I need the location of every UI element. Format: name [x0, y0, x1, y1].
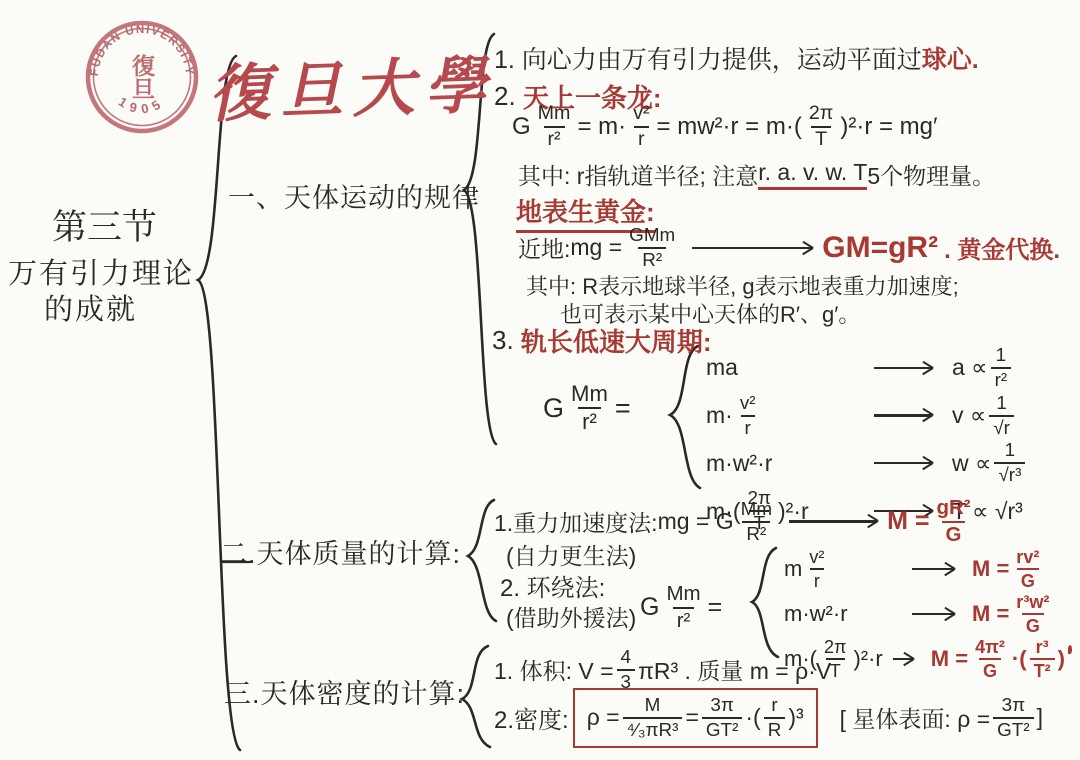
b1-case1-result: a ∝ 1r² [942, 346, 1072, 390]
b1-case3-result: w ∝ 1√r³ [942, 441, 1072, 485]
seal-center-glyph: 復旦 [129, 53, 155, 100]
arrow-right-icon [789, 520, 877, 522]
b3-density-formula: ρ = M⁴⁄₃πR³ = 3πGT²·(rR)³ [587, 696, 804, 740]
b1-case1-expr: ma [706, 354, 864, 381]
b2-method1-formula: mg = G MmR² [658, 500, 779, 544]
notes-canvas: FUDAN UNIVERSITY 1905 復旦 復旦大學 第三节 万有引力理论… [0, 0, 1080, 760]
b3-surface-formula: [ 星体表面: ρ = 3πGT² ] [840, 696, 1043, 740]
arrow-right-icon [912, 568, 954, 570]
b1-item3-title: 轨长低速大周期: [521, 322, 712, 359]
b1-item1-red: 球心. [922, 40, 979, 76]
arrow-right-icon [893, 658, 913, 660]
arrow-right-icon [692, 247, 812, 249]
arrow-right-icon [874, 367, 932, 369]
arrow-right-icon [874, 462, 932, 464]
branch1-cases-brace [670, 346, 700, 488]
b1-near-pre: 近地: [518, 231, 570, 264]
root-title-line1: 第三节 [52, 208, 157, 248]
b2-case2-expr: m·w²·r [784, 601, 902, 627]
branch3-label: 三.天体密度的计算: [224, 672, 465, 711]
b1-note1-pre: 其中: r指轨道半径; 注意 [518, 158, 758, 191]
b2-case-row-1: mv²r M = rv²G [784, 548, 1072, 590]
fudan-seal: FUDAN UNIVERSITY 1905 復旦 [85, 20, 199, 139]
b3-item2-line: 2.密度: ρ = M⁴⁄₃πR³ = 3πGT²·(rR)³ [ 星体表面: … [494, 688, 1043, 748]
b1-near-ground-line: 近地: mg = GMmR² GM=gR² . 黄金代换. [518, 226, 1060, 270]
b1-case3-expr: m·w²·r [706, 450, 864, 477]
b1-item3-num: 3. [492, 325, 514, 356]
b1-near-formula: mg = GMmR² [570, 226, 682, 270]
branch3-brace [462, 646, 490, 747]
b1-item1: 1. 向心力由万有引力提供，运动平面过球心. [494, 40, 979, 76]
b2-method2-alias: (借助外援法) [506, 600, 636, 633]
b1-case2-expr: m·v²r [706, 394, 864, 438]
b2-case1-result: M = rv²G [964, 548, 1072, 590]
b1-lhs-formula: G Mmr² = [543, 383, 631, 433]
arrow-right-icon [912, 613, 954, 615]
b3-item2-label: 2.密度: [494, 700, 569, 735]
branch2-label: 二.天体质量的计算: [220, 532, 461, 571]
b1-chain-formula: G Mmr² = m·v²r = mw²·r = m·(2πT)²·r = mg… [512, 104, 938, 149]
b2-lhs-formula: G Mmr² = [640, 584, 722, 631]
branch2-cases-brace [752, 548, 778, 657]
b2-method1-label: 1.重力加速度法: [494, 505, 658, 538]
branch2-brace [468, 500, 496, 621]
b2-method1-result: M = gR²G [887, 498, 978, 545]
b1-case-row-1: ma a ∝ 1r² [706, 346, 1072, 390]
b3-item1: 1. 体积: V = 43πR³ . 质量 m = ρ·V [494, 648, 831, 692]
arrow-right-icon [874, 414, 932, 416]
ink-blob [1068, 645, 1072, 654]
b1-case-row-2: m·v²r v ∝ 1√r [706, 394, 1072, 438]
branch1-label: 一、天体运动的规律 [228, 176, 480, 215]
b1-golden-result: GM=gR² [822, 231, 938, 265]
calligraphy-title: 復旦大學 [207, 35, 498, 134]
b2-case2-result: M = r³w²G [964, 593, 1072, 635]
b2-method2-label: 2. 环绕法: [500, 568, 605, 603]
b1-golden-tail: . 黄金代换. [944, 230, 1060, 265]
b1-note1: 其中: r指轨道半径; 注意 r. a. v. w. T 5个物理量。 [518, 158, 995, 191]
main-brace [198, 56, 240, 750]
b1-note1-underlined: r. a. v. w. T [758, 159, 867, 190]
b3-density-boxed-formula: ρ = M⁴⁄₃πR³ = 3πGT²·(rR)³ [573, 688, 818, 748]
b1-item1-text: 1. 向心力由万有引力提供，运动平面过 [494, 40, 922, 76]
b1-note1-post: 5个物理量。 [867, 158, 995, 191]
b2-case3-result: M = 4π²G·(r³T²) [923, 638, 1065, 680]
b2-case-row-2: m·w²·r M = r³w²G [784, 593, 1072, 635]
b1-case2-result: v ∝ 1√r [942, 394, 1072, 438]
b2-method1-alias: (自力更生法) [506, 538, 636, 571]
root-title-line2: 万有引力理论 [8, 258, 194, 291]
b1-item3: 3. 轨长低速大周期: [492, 322, 712, 359]
b1-note2: 其中: R表示地球半径, g表示地表重力加速度; [526, 270, 959, 301]
b2-case1-expr: mv²r [784, 548, 902, 590]
root-title-line3: 的成就 [44, 294, 137, 327]
b1-case-row-3: m·w²·r w ∝ 1√r³ [706, 441, 1072, 485]
